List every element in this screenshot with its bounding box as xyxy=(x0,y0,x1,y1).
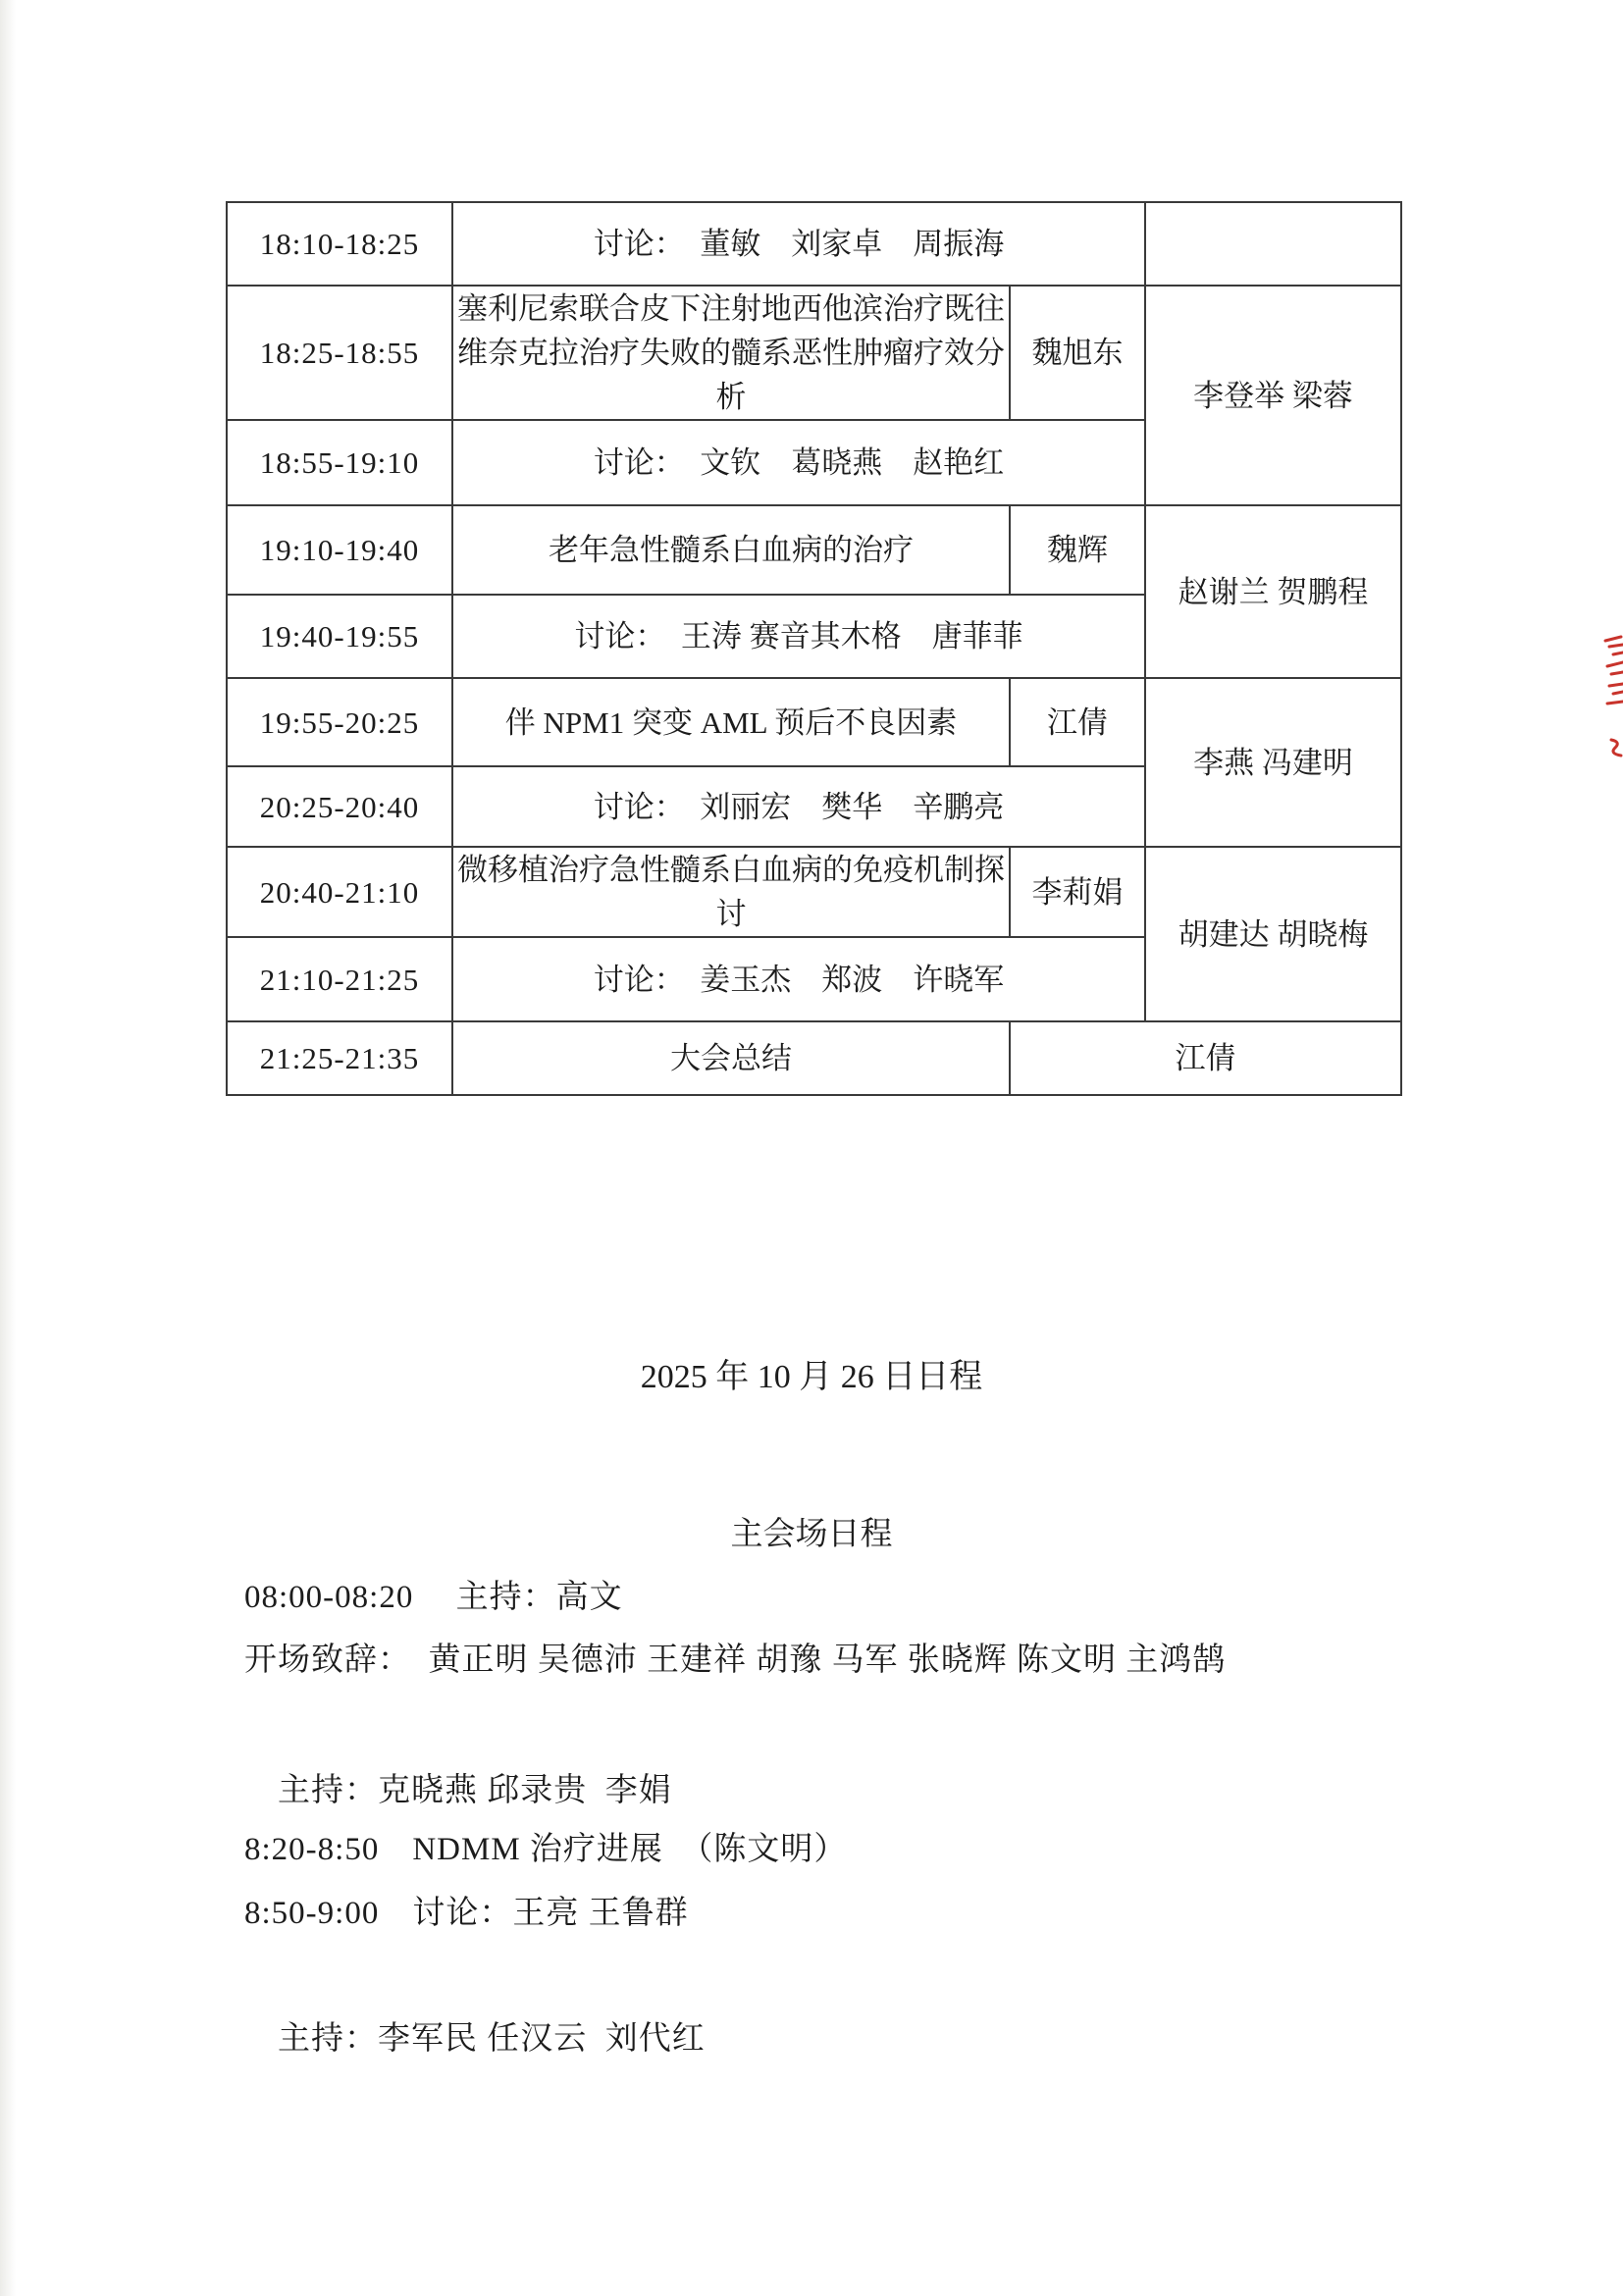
schedule-line-session2-chairs: 主持：李军民 任汉云 刘代红 xyxy=(278,2012,706,2059)
schedule-line-session1-discussion: 8:50-9:00 讨论：王亮 王鲁群 xyxy=(244,1887,689,1933)
time-cell: 21:25-21:35 xyxy=(227,1021,452,1095)
time-cell: 19:40-19:55 xyxy=(227,595,452,678)
table-row: 18:25-18:55 塞利尼索联合皮下注射地西他滨治疗既往维奈克拉治疗失败的髓… xyxy=(227,286,1401,420)
talk-title-cell: 微移植治疗急性髓系白血病的免疫机制探讨 xyxy=(452,847,1010,937)
red-ink-artifact xyxy=(1607,736,1623,759)
summary-cell: 大会总结 xyxy=(452,1021,1010,1095)
chairs-names: 李燕 冯建明 xyxy=(1146,720,1400,805)
scan-edge-artifact xyxy=(0,0,16,2296)
time-cell: 18:55-19:10 xyxy=(227,420,452,505)
table-row: 19:10-19:40 老年急性髓系白血病的治疗 魏辉 赵谢兰 贺鹏程 xyxy=(227,505,1401,595)
discussion-cell: 讨论： 姜玉杰 郑波 许晓军 xyxy=(452,937,1145,1021)
chairs-cell-empty xyxy=(1145,202,1401,286)
speaker-cell: 李莉娟 xyxy=(1010,847,1145,937)
schedule-line-opening-speech: 开场致辞： 黄正明 吴德沛 王建祥 胡豫 马军 张晓辉 陈文明 主鸿鹄 xyxy=(244,1634,1226,1680)
talk-title-cell: 老年急性髓系白血病的治疗 xyxy=(452,505,1010,595)
time-cell: 20:25-20:40 xyxy=(227,766,452,847)
scanned-program-page: 18:10-18:25 讨论： 董敏 刘家卓 周振海 18:25-18:55 塞… xyxy=(0,0,1623,2296)
table-row: 21:25-21:35 大会总结 江倩 xyxy=(227,1021,1401,1095)
chairs-names: 李登举 梁蓉 xyxy=(1146,332,1400,460)
table-row: 20:40-21:10 微移植治疗急性髓系白血病的免疫机制探讨 李莉娟 胡建达 … xyxy=(227,847,1401,937)
speaker-cell: 江倩 xyxy=(1010,678,1145,766)
chairs-cell: 胡建达 胡晓梅 xyxy=(1145,847,1401,1021)
discussion-cell: 讨论： 王涛 赛音其木格 唐菲菲 xyxy=(452,595,1145,678)
section-title: 主会场日程 xyxy=(0,1508,1623,1554)
time-cell: 18:25-18:55 xyxy=(227,286,452,420)
table-row: 18:10-18:25 讨论： 董敏 刘家卓 周振海 xyxy=(227,202,1401,286)
chairs-cell: 李燕 冯建明 xyxy=(1145,678,1401,847)
time-cell: 21:10-21:25 xyxy=(227,937,452,1021)
time-cell: 18:10-18:25 xyxy=(227,202,452,286)
talk-title-cell: 塞利尼索联合皮下注射地西他滨治疗既往维奈克拉治疗失败的髓系恶性肿瘤疗效分析 xyxy=(452,286,1010,420)
date-title: 2025 年 10 月 26 日日程 xyxy=(0,1349,1623,1397)
schedule-line-session1-chairs: 主持：克晓燕 邱录贵 李娟 xyxy=(278,1764,672,1810)
speaker-cell: 魏旭东 xyxy=(1010,286,1145,420)
talk-title-cell: 伴 NPM1 突变 AML 预后不良因素 xyxy=(452,678,1010,766)
speaker-cell: 魏辉 xyxy=(1010,505,1145,595)
discussion-cell: 讨论： 文钦 葛晓燕 赵艳红 xyxy=(452,420,1145,505)
discussion-cell: 讨论： 刘丽宏 樊华 辛鹏亮 xyxy=(452,766,1145,847)
chairs-cell: 赵谢兰 贺鹏程 xyxy=(1145,505,1401,678)
table-row: 19:55-20:25 伴 NPM1 突变 AML 预后不良因素 江倩 李燕 冯… xyxy=(227,678,1401,766)
chairs-names: 赵谢兰 贺鹏程 xyxy=(1146,549,1400,635)
program-table: 18:10-18:25 讨论： 董敏 刘家卓 周振海 18:25-18:55 塞… xyxy=(226,201,1402,1096)
discussion-cell: 讨论： 董敏 刘家卓 周振海 xyxy=(452,202,1145,286)
red-ink-artifact xyxy=(1599,633,1623,711)
chairs-cell: 李登举 梁蓉 xyxy=(1145,286,1401,505)
time-cell: 19:10-19:40 xyxy=(227,505,452,595)
summary-chairs-cell: 江倩 xyxy=(1010,1021,1401,1095)
chairs-names: 胡建达 胡晓梅 xyxy=(1146,891,1400,977)
schedule-line-opening-time: 08:00-08:20 主持：高文 xyxy=(244,1571,623,1617)
schedule-line-session1-talk: 8:20-8:50 NDMM 治疗进展 （陈文明） xyxy=(244,1823,847,1869)
time-cell: 20:40-21:10 xyxy=(227,847,452,937)
time-cell: 19:55-20:25 xyxy=(227,678,452,766)
